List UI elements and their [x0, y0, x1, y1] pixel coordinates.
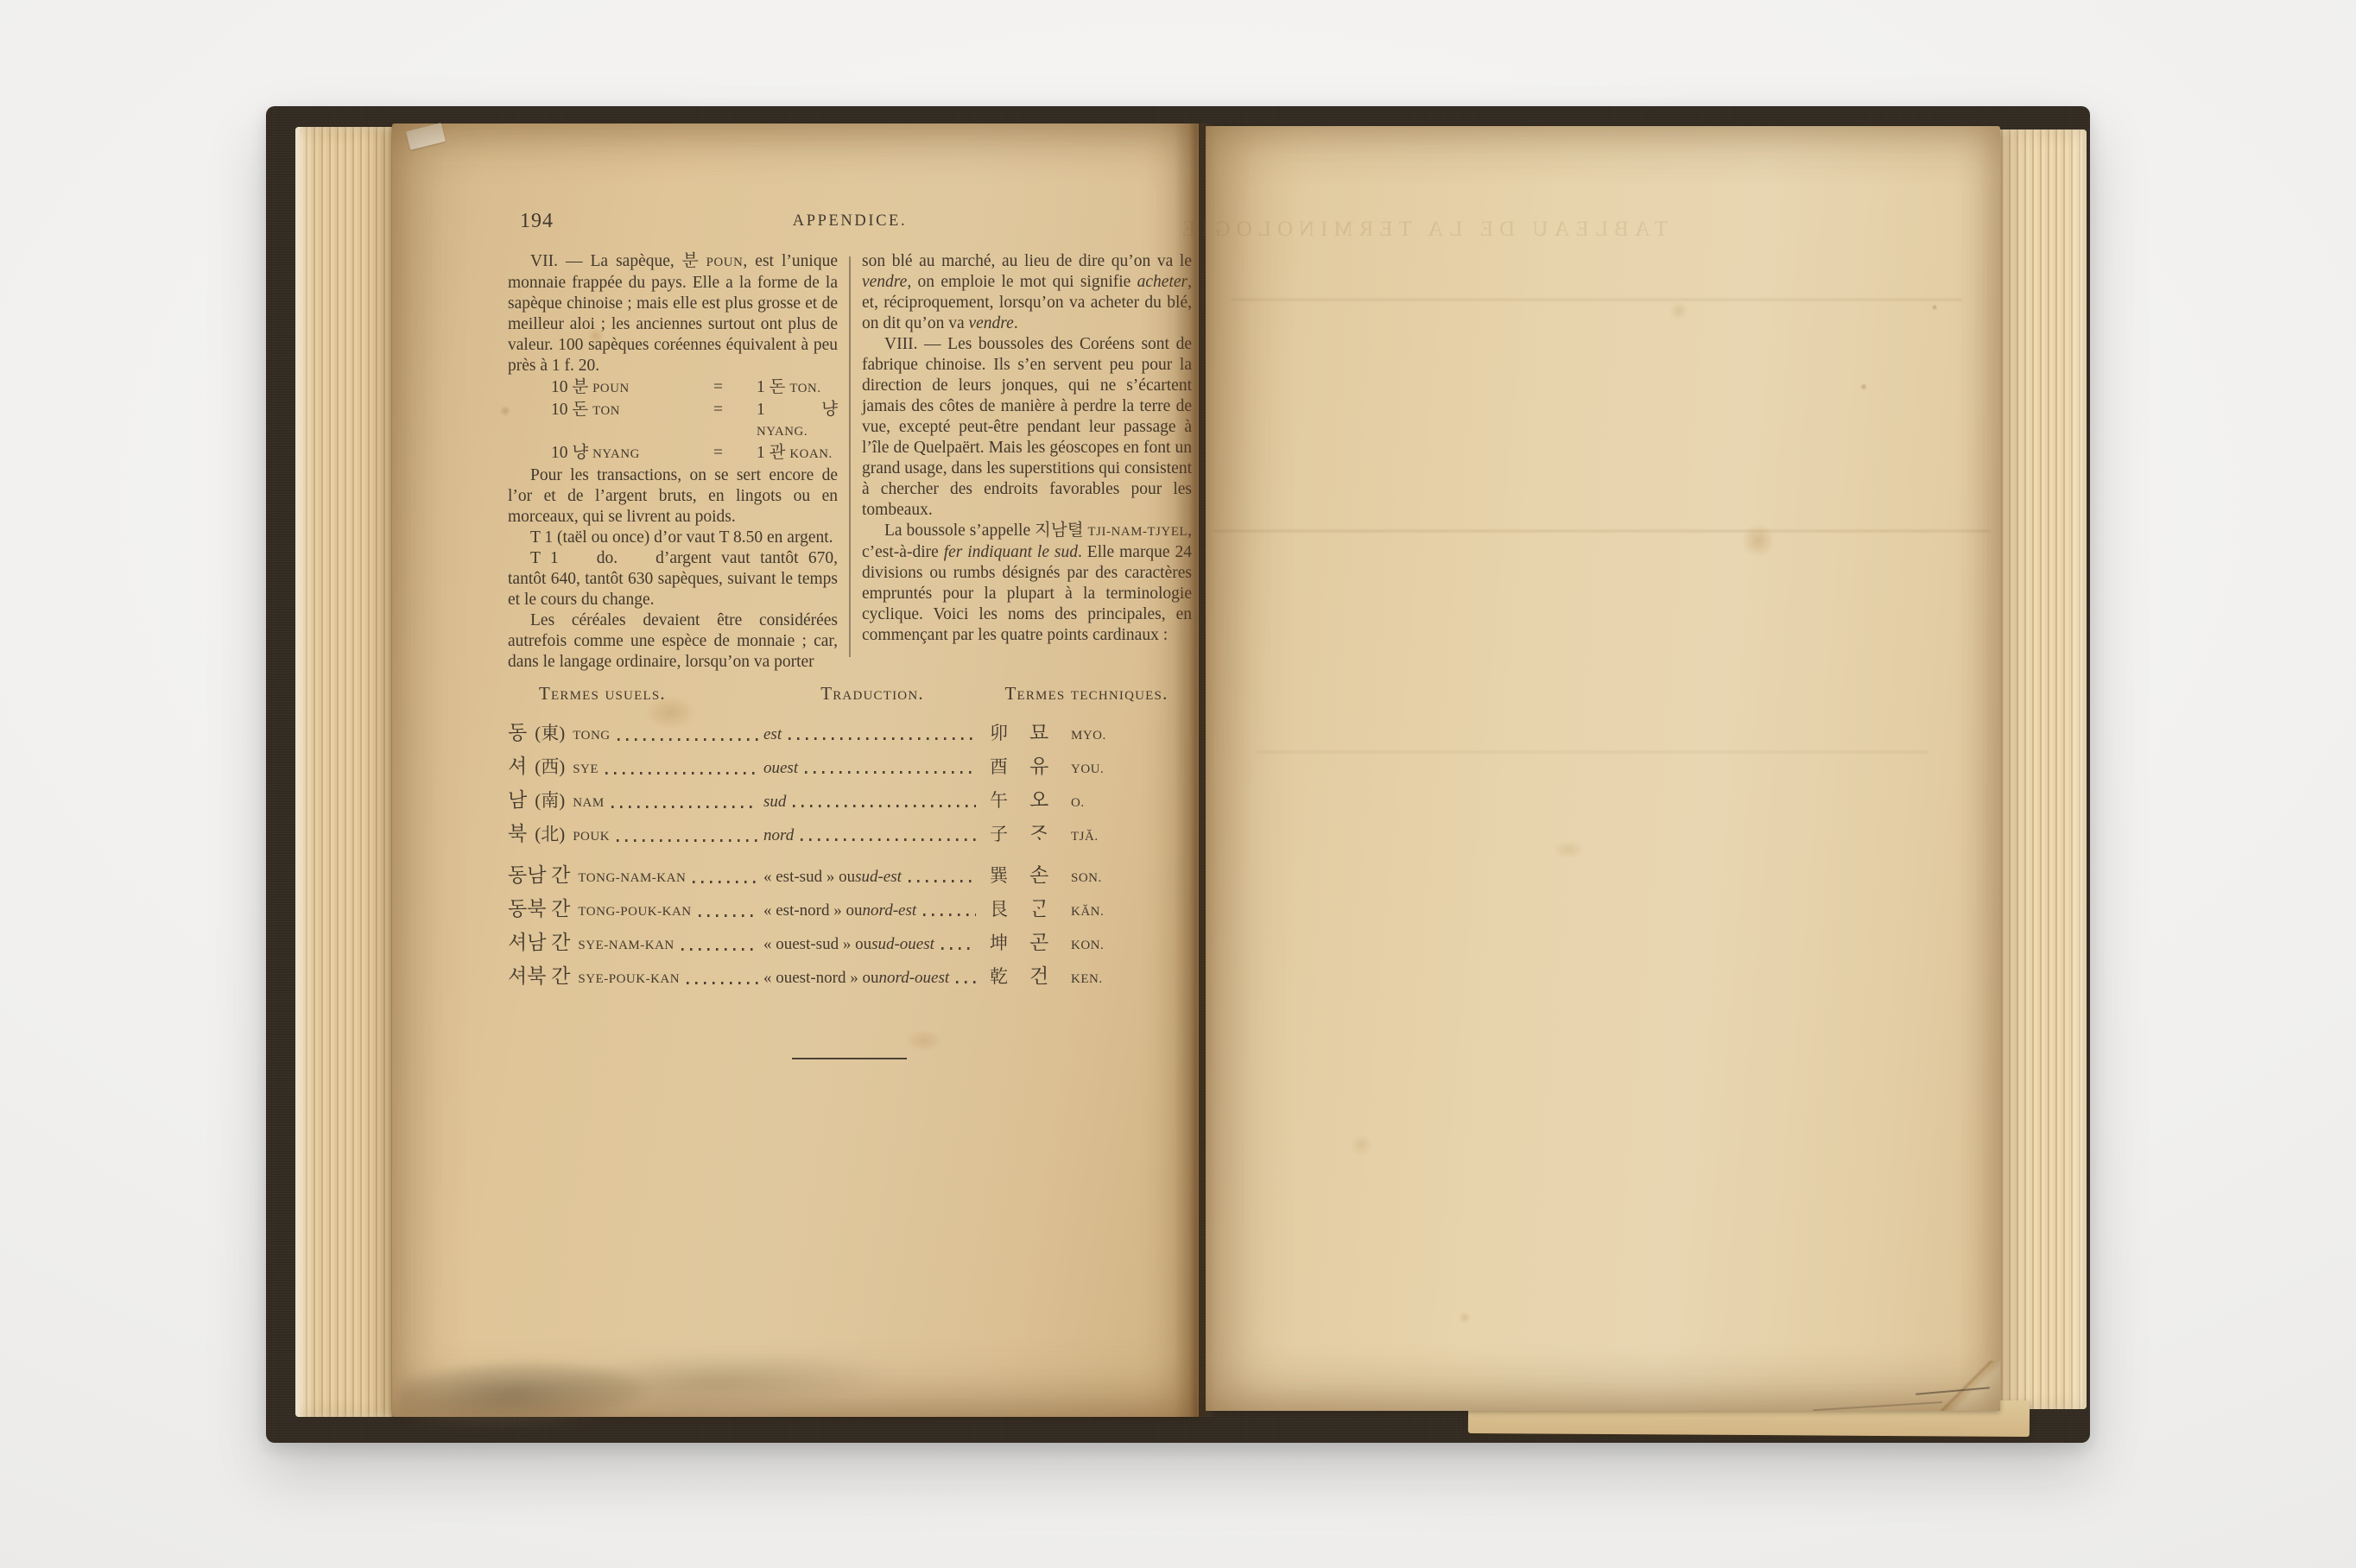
hangul-term: 건 [1029, 960, 1067, 989]
text-segment: sud-est [855, 868, 902, 887]
column-header-traduction: Traduction. [763, 683, 981, 705]
cell-termes-techniques: 乾건KEN. [981, 960, 1192, 989]
text-segment: do. [597, 549, 617, 567]
hanja-term: 午 [990, 787, 1029, 812]
hangul-term: 동북 간 [508, 893, 570, 921]
text-segment: NYANG [592, 447, 640, 461]
cell-traduction: nord [763, 826, 981, 845]
text-segment: KOAN. [789, 447, 833, 461]
text-segment: 1 냥 [757, 401, 838, 419]
currency-equation: 10 돈 TON=1 냥 NYANG. [508, 400, 838, 442]
table-row: 동(東)TONGest卯묘MYO. [508, 717, 1192, 750]
text-segment: sud [763, 793, 786, 812]
book: 194 APPENDICE. VII. — La sapèque, 분 POUN… [266, 106, 2090, 1443]
romanization: MYO. [1071, 729, 1106, 743]
compass-terms-table: Termes usuels. Traduction. Termes techni… [508, 683, 1192, 994]
romanization: SON. [1071, 871, 1102, 886]
right-page-stack-edges [1998, 130, 2087, 1409]
cell-termes-usuels: 셔남 간SYE-NAM-KAN [508, 926, 763, 955]
cell-termes-usuels: 셔(西)SYE [508, 750, 763, 779]
text-segment: La boussole s’appelle 지남텰 [884, 522, 1088, 540]
hangul-term: 북 [508, 818, 527, 846]
romanization: KĂN. [1071, 905, 1104, 920]
text-segment: NYANG. [757, 425, 807, 439]
text-segment: , on emploie le mot qui signifie [907, 273, 1137, 291]
cell-termes-techniques: 卯묘MYO. [981, 717, 1192, 745]
paragraph: VII. — La sapèque, 분 POUN, est l’unique … [508, 251, 838, 376]
currency-equation: 10 냥 NYANG=1 관 KOAN. [508, 443, 838, 465]
cell-termes-techniques: 巽손SON. [981, 859, 1192, 888]
text-segment: « ouest-nord » ou [763, 969, 879, 988]
show-through-line [1257, 751, 1928, 753]
text-segment: 1 관 [757, 444, 789, 462]
left-page: 194 APPENDICE. VII. — La sapèque, 분 POUN… [392, 123, 1199, 1417]
paragraph: son blé au marché, au lieu de dire qu’on… [862, 251, 1192, 334]
text-segment: est [763, 725, 782, 744]
dot-leader [956, 981, 976, 983]
foxing-spots [1206, 126, 2000, 1411]
text-segment: Pour les transactions, on se sert encore… [508, 466, 838, 526]
hanja-term: 卯 [990, 719, 1029, 745]
equals-sign: = [713, 400, 757, 442]
section-end-rule [792, 1058, 907, 1059]
text-columns: VII. — La sapèque, 분 POUN, est l’unique … [508, 251, 1192, 673]
text-segment: TON [592, 404, 620, 418]
text-segment: T 1 [530, 549, 559, 567]
text-segment: TJI-NAM-TJYEL [1088, 525, 1188, 539]
dot-leader [805, 771, 976, 774]
romanization: TONG-POUK-KAN [578, 905, 691, 920]
table-row: 남(南)NAMsud午오O. [508, 784, 1192, 818]
text-segment: 10 냥 [551, 444, 592, 462]
dot-leader [699, 914, 758, 917]
cell-termes-usuels: 동(東)TONG [508, 717, 763, 745]
dot-leader [611, 806, 758, 808]
paragraph: VIII. — Les boussoles des Coréens sont d… [862, 334, 1192, 521]
text-segment: Les céréales devaient être considérées a… [508, 611, 838, 671]
text-segment: son blé au marché, au lieu de dire qu’on… [862, 252, 1192, 270]
dot-leader [681, 948, 758, 951]
paragraph: T 1 (taël ou once) d’or vaut T 8.50 en a… [508, 528, 838, 548]
text-segment: sud-ouest [871, 935, 934, 954]
paragraph: T 1do.d’argent vaut tantôt 670, tantôt 6… [508, 548, 838, 610]
table-row: 셔북 간SYE-POUK-KAN« ouest-nord » ou nord-o… [508, 960, 1192, 994]
hanja-term: 巽 [990, 862, 1029, 888]
text-segment: , est l’unique monnaie frappée du pays. … [508, 252, 838, 375]
romanization: POUK [573, 830, 610, 844]
table-header-row: Termes usuels. Traduction. Termes techni… [508, 683, 1192, 705]
hanja-term: 子 [990, 820, 1029, 846]
text-segment: acheter [1137, 273, 1187, 291]
text-segment: VII. — La sapèque, 분 [530, 252, 706, 270]
dot-leader [617, 738, 758, 741]
text-segment: 1 돈 [757, 378, 789, 396]
hangul-term: 묘 [1029, 717, 1067, 745]
dot-leader [605, 772, 758, 775]
hanja-term: 坤 [990, 929, 1029, 955]
cell-termes-techniques: 午오O. [981, 784, 1192, 812]
cell-termes-usuels: 동북 간TONG-POUK-KAN [508, 893, 763, 921]
table-body: 동(東)TONGest卯묘MYO.셔(西)SYEouest酉유YOU.남(南)N… [508, 717, 1192, 994]
text-segment: vendre [968, 314, 1013, 332]
cell-traduction: est [763, 725, 981, 744]
hangul-term: 셔남 간 [508, 926, 570, 955]
paragraph: La boussole s’appelle 지남텰 TJI-NAM-TJYEL,… [862, 521, 1192, 646]
text-segment: 10 돈 [551, 401, 592, 419]
column-right: son blé au marché, au lieu de dire qu’on… [862, 251, 1192, 673]
romanization: TONG-NAM-KAN [578, 871, 686, 886]
text-segment: nord-ouest [879, 969, 950, 988]
cell-traduction: « est-nord » ou nord-est [763, 901, 981, 920]
romanization: YOU. [1071, 762, 1104, 777]
running-head: APPENDICE. [508, 212, 1192, 231]
table-row: 북(北)POUKnord子ᄌᆞTJĂ. [508, 818, 1192, 851]
hangul-term: ᄀᆞᆫ [1029, 893, 1067, 921]
show-through-line [1214, 530, 1990, 532]
hanja-term: 乾 [990, 963, 1029, 989]
torn-paper-scrap [406, 123, 446, 150]
text-segment: « ouest-sud » ou [763, 935, 871, 954]
show-through-text: TABLEAU DE LA TERMINOLOGIE [1253, 218, 1668, 242]
dot-leader [941, 947, 976, 950]
equals-sign: = [713, 443, 757, 465]
hangul-term: 동남 간 [508, 859, 570, 888]
hanja-term: 酉 [990, 753, 1029, 779]
left-page-stack-edges [295, 127, 394, 1417]
romanization: NAM [573, 796, 605, 811]
column-header-termes-techniques: Termes techniques. [981, 683, 1192, 705]
dot-leader [793, 805, 976, 807]
paragraph: Pour les transactions, on se sert encore… [508, 465, 838, 528]
text-segment: POUN [706, 256, 744, 269]
cell-termes-usuels: 남(南)NAM [508, 784, 763, 812]
text-segment: nord [763, 826, 794, 845]
table-row: 셔(西)SYEouest酉유YOU. [508, 750, 1192, 784]
cell-traduction: « ouest-sud » ou sud-ouest [763, 935, 981, 954]
cell-termes-usuels: 북(北)POUK [508, 818, 763, 846]
hangul-term: 동 [508, 717, 527, 745]
table-row: 동북 간TONG-POUK-KAN« est-nord » ou nord-es… [508, 893, 1192, 926]
romanization: TONG [573, 729, 610, 743]
right-page-blank: TABLEAU DE LA TERMINOLOGIE [1206, 126, 2000, 1411]
text-segment: T 1 (taël ou once) d’or vaut T 8.50 en a… [530, 528, 833, 547]
romanization: SYE-NAM-KAN [578, 939, 674, 953]
table-row: 동남 간TONG-NAM-KAN« est-sud » ou sud-est巽손… [508, 859, 1192, 893]
hangul-term: 오 [1029, 784, 1067, 812]
cell-termes-techniques: 子ᄌᆞTJĂ. [981, 818, 1192, 846]
dot-leader [687, 982, 758, 984]
text-segment: ouest [763, 759, 798, 778]
cell-traduction: ouest [763, 759, 981, 778]
cell-traduction: « ouest-nord » ou nord-ouest [763, 969, 981, 988]
dot-leader [923, 914, 976, 916]
romanization: TJĂ. [1071, 830, 1099, 844]
hangul-term: 유 [1029, 750, 1067, 779]
romanization: SYE [573, 762, 598, 777]
dot-leader [617, 839, 758, 842]
equals-sign: = [713, 377, 757, 399]
cell-termes-techniques: 艮ᄀᆞᆫKĂN. [981, 893, 1192, 921]
hangul-term: 손 [1029, 859, 1067, 888]
dot-leader [788, 737, 976, 740]
text-segment: 10 분 [551, 378, 592, 396]
hanja-term: (東) [535, 719, 565, 745]
text-segment: VIII. — Les boussoles des Coréens sont d… [862, 335, 1192, 519]
hangul-term: 곤 [1029, 926, 1067, 955]
dog-eared-corner [1940, 1361, 2000, 1411]
romanization: KON. [1071, 939, 1104, 953]
hanja-term: (南) [535, 787, 565, 812]
currency-equation: 10 분 POUN=1 돈 TON. [508, 377, 838, 399]
column-header-termes-usuels: Termes usuels. [508, 683, 763, 705]
hangul-term: ᄌᆞ [1029, 818, 1067, 846]
paragraph: Les céréales devaient être considérées a… [508, 610, 838, 673]
cell-termes-usuels: 셔북 간SYE-POUK-KAN [508, 960, 763, 989]
cell-traduction: sud [763, 793, 981, 812]
page-shading [1206, 126, 2000, 1411]
text-segment: TON. [789, 382, 820, 395]
text-segment: vendre [862, 273, 907, 291]
dot-leader [801, 838, 976, 841]
hanja-term: 艮 [990, 895, 1029, 921]
cell-termes-usuels: 동남 간TONG-NAM-KAN [508, 859, 763, 888]
hangul-term: 셔북 간 [508, 960, 570, 989]
dot-leader [909, 880, 976, 882]
hanja-term: (北) [535, 820, 565, 846]
dot-leader [693, 881, 758, 883]
text-segment: nord-est [863, 901, 917, 920]
romanization: SYE-POUK-KAN [578, 972, 680, 987]
show-through-line [1232, 299, 1962, 300]
hanja-term: (西) [535, 753, 565, 779]
cell-termes-techniques: 酉유YOU. [981, 750, 1192, 779]
text-segment: « est-sud » ou [763, 868, 855, 887]
hangul-term: 셔 [508, 750, 527, 779]
text-segment: POUN [592, 382, 630, 395]
romanization: O. [1071, 796, 1085, 811]
cell-traduction: « est-sud » ou sud-est [763, 868, 981, 887]
column-divider-rule [849, 256, 851, 657]
cell-termes-techniques: 坤곤KON. [981, 926, 1192, 955]
ink-smudge-stain [397, 1327, 918, 1432]
hangul-term: 남 [508, 784, 527, 812]
table-row: 셔남 간SYE-NAM-KAN« ouest-sud » ou sud-oues… [508, 926, 1192, 960]
text-segment: « est-nord » ou [763, 901, 863, 920]
text-segment: . [1014, 314, 1018, 332]
column-left: VII. — La sapèque, 분 POUN, est l’unique … [508, 251, 838, 673]
text-segment: fer indiquant le sud [944, 543, 1078, 561]
romanization: KEN. [1071, 972, 1103, 987]
